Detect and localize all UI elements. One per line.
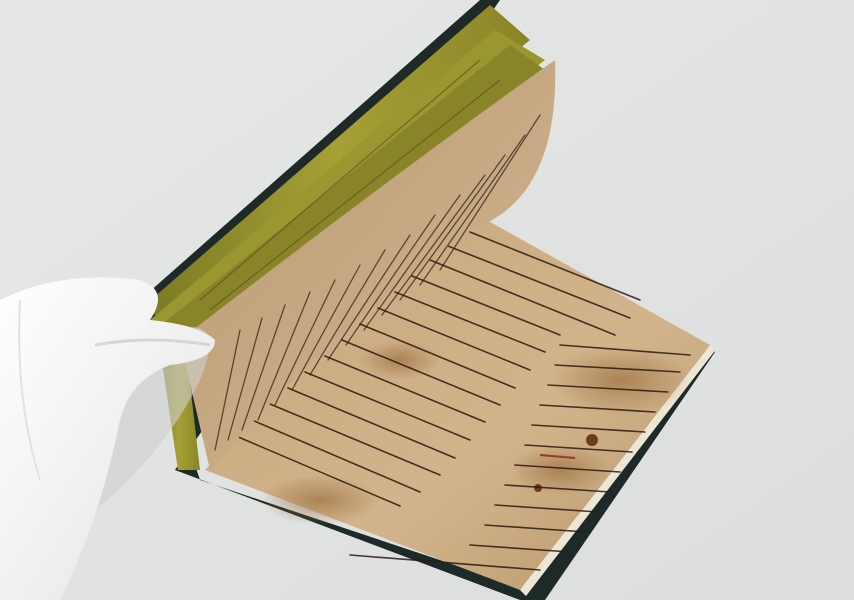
manuscript-illustration bbox=[0, 0, 854, 600]
photo-scene: Open handwritten Persian manuscript book… bbox=[0, 0, 854, 600]
